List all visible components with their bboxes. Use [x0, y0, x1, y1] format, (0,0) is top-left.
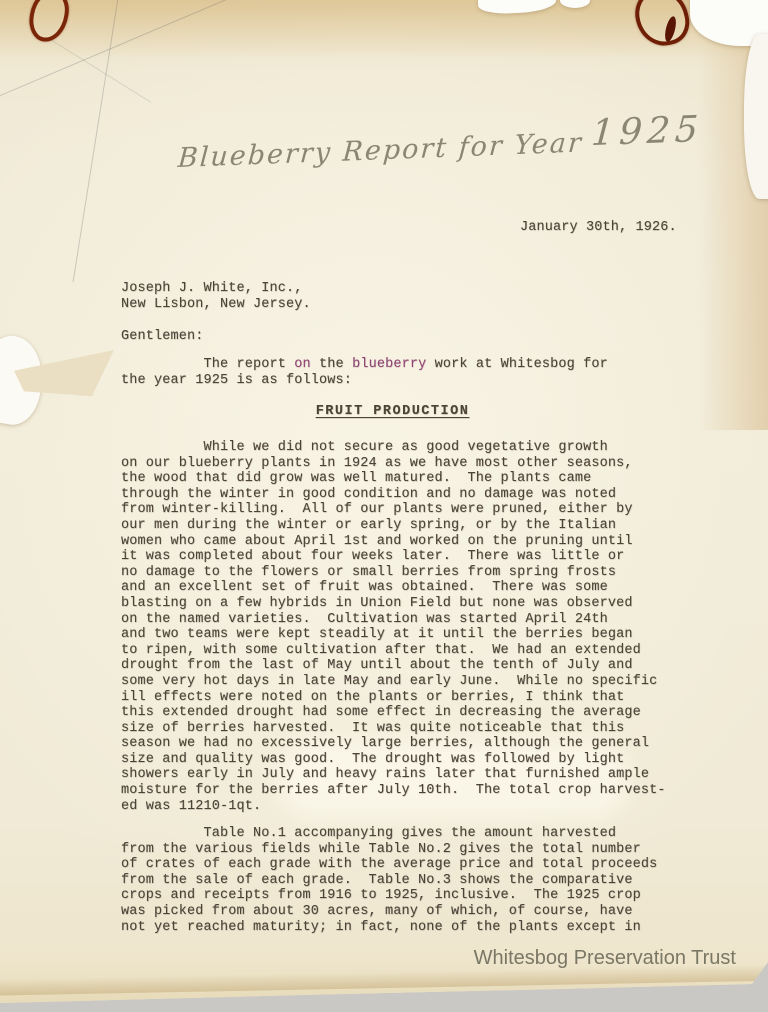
- intro-part: The report: [121, 357, 294, 372]
- watermark-text: Whitesbog Preservation Trust: [474, 947, 736, 970]
- typed-letter-body: January 30th, 1926. Joseph J. White, Inc…: [0, 0, 768, 1012]
- letter-page: Blueberry Report for Year1925 January 30…: [0, 0, 768, 1012]
- recipient-address: Joseph J. White, Inc., New Lisbon, New J…: [121, 281, 311, 312]
- intro-line-1: The report on the blueberry work at Whit…: [121, 357, 608, 373]
- date-line: January 30th, 1926.: [520, 220, 677, 236]
- section-heading-wrap: FRUIT PRODUCTION: [120, 404, 665, 420]
- intro-accent-word: blueberry: [352, 357, 426, 372]
- intro-accent-word: on: [294, 357, 311, 372]
- intro-part: work at Whitesbog for: [426, 357, 608, 372]
- scanned-letter-scene: Blueberry Report for Year1925 January 30…: [0, 0, 768, 1012]
- section-heading: FRUIT PRODUCTION: [316, 404, 470, 419]
- paragraph-fruit-production: While we did not secure as good vegetati…: [121, 440, 666, 814]
- intro-line-2: the year 1925 is as follows:: [121, 373, 352, 389]
- salutation: Gentlemen:: [121, 329, 204, 345]
- paragraph-tables: Table No.1 accompanying gives the amount…: [121, 826, 657, 935]
- intro-part: the: [311, 357, 352, 372]
